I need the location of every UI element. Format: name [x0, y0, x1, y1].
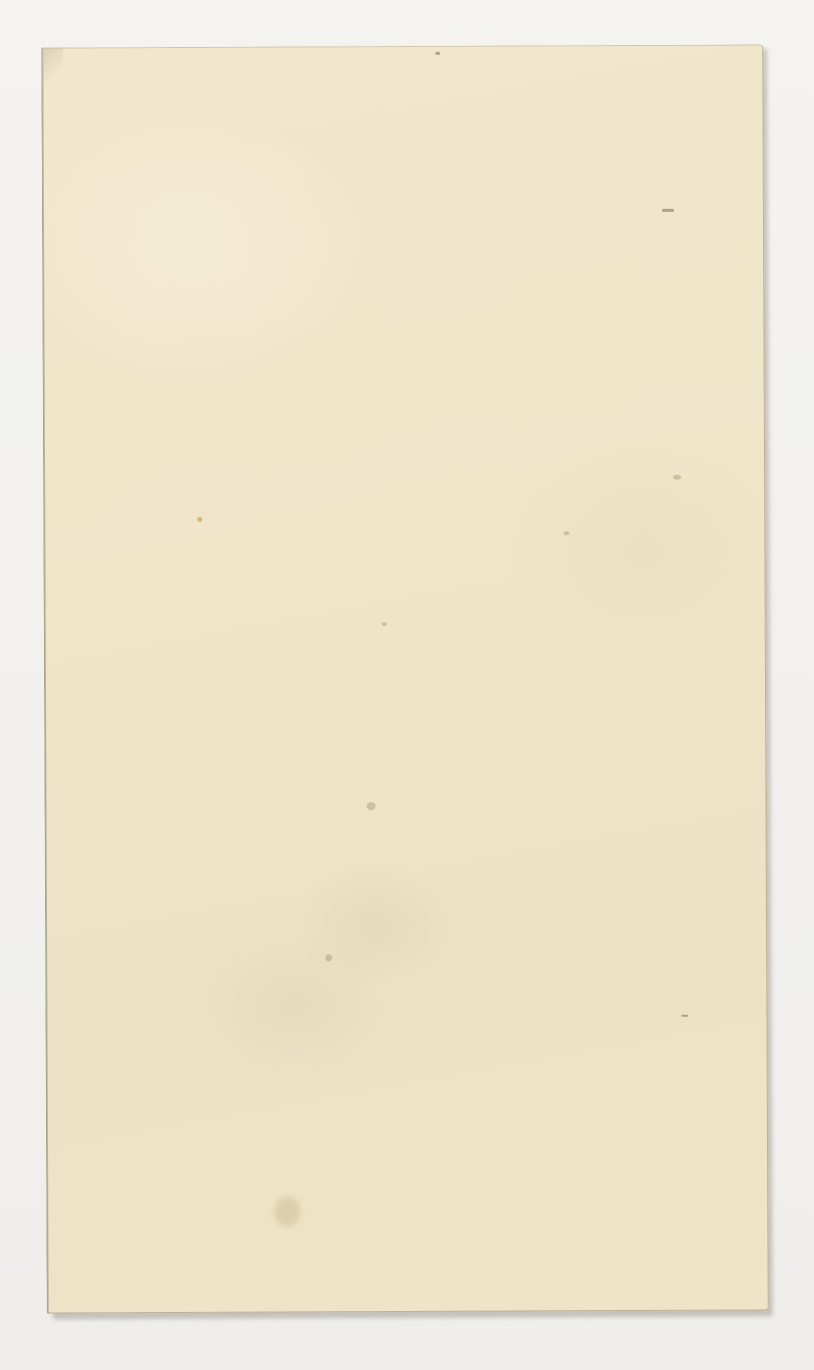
paper-spot [325, 954, 332, 961]
paper-spot [673, 475, 681, 480]
corner-wear [41, 47, 63, 87]
paper-spot [274, 1196, 300, 1226]
blank-card [41, 44, 769, 1313]
paper-spot [367, 802, 376, 810]
paper-spot [563, 531, 569, 535]
paper-spot [197, 517, 202, 522]
paper-fleck [681, 1015, 688, 1017]
paper-fleck [435, 52, 440, 55]
paper-spot [382, 622, 387, 626]
paper-fleck [662, 209, 674, 212]
